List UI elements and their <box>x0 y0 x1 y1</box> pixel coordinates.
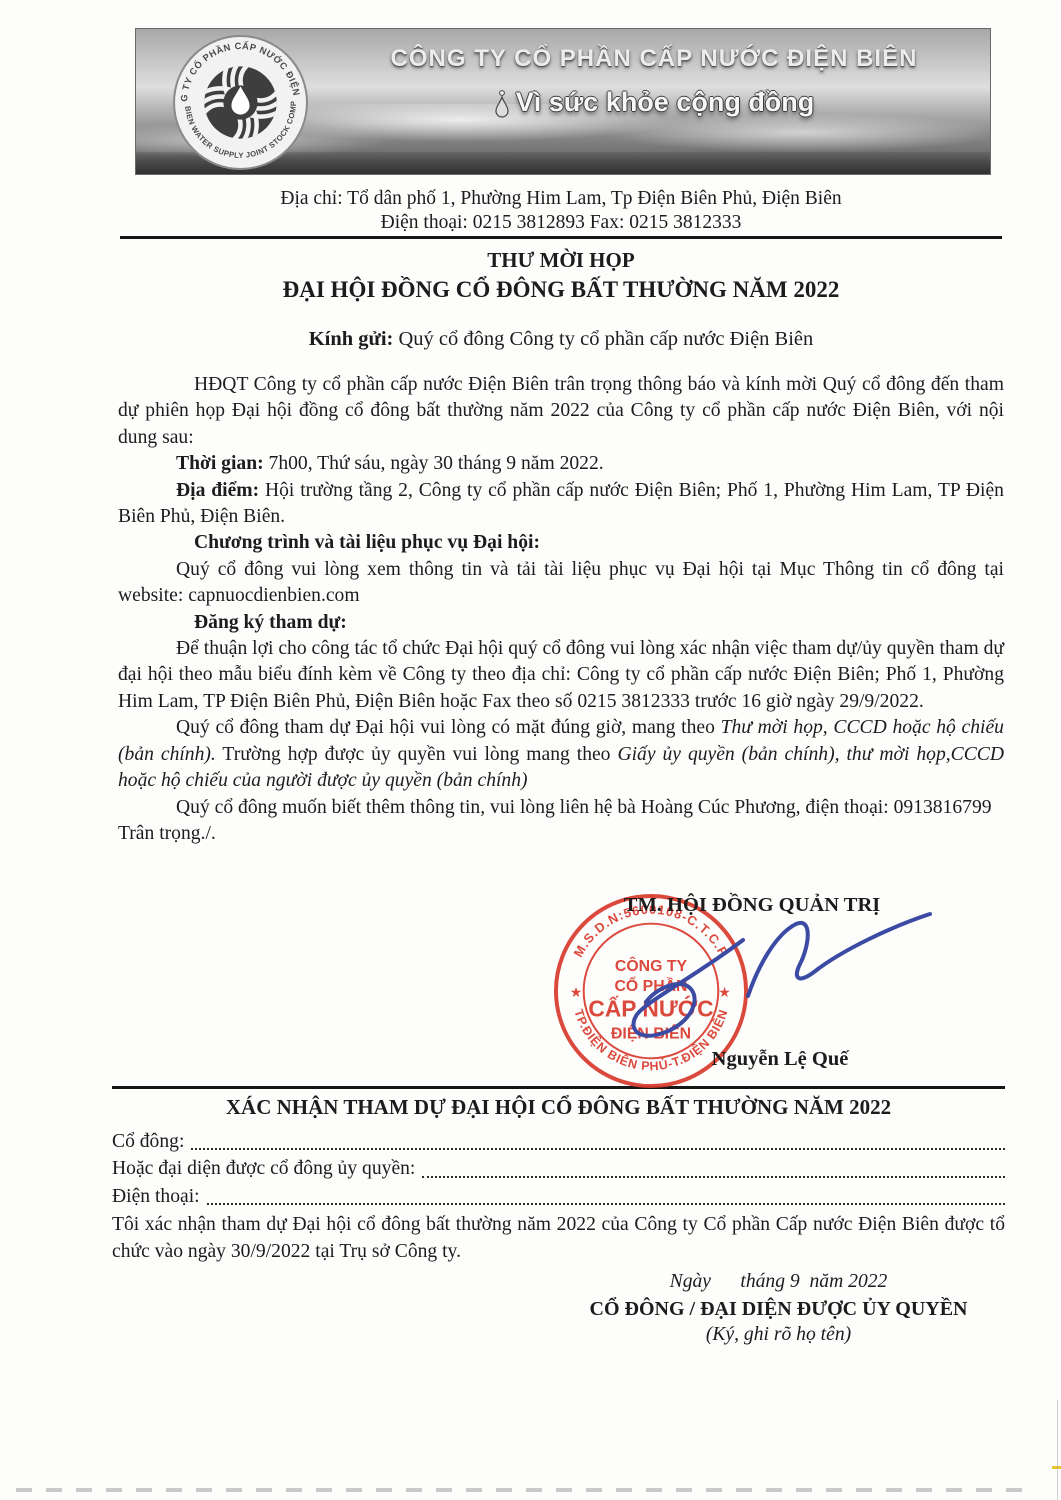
intro-paragraph: HĐQT Công ty cổ phần cấp nước Điện Biên … <box>118 372 1004 451</box>
program-paragraph: Quý cổ đông vui lòng xem thông tin và tả… <box>118 557 1004 610</box>
title-line2: ĐẠI HỘI ĐỒNG CỔ ĐÔNG BẤT THƯỜNG NĂM 2022 <box>120 274 1002 305</box>
proxy-field-line[interactable] <box>422 1176 1005 1178</box>
proxy-field-row: Hoặc đại diện được cổ đông ủy quyền: <box>112 1156 1005 1183</box>
shareholder-field-line[interactable] <box>191 1148 1005 1150</box>
banner-slogan: Vì sức khỏe cộng đồng <box>326 87 982 118</box>
time-text: 7h00, Thứ sáu, ngày 30 tháng 9 năm 2022. <box>264 453 604 474</box>
banner-company-name: CÔNG TY CỔ PHẦN CẤP NƯỚC ĐIỆN BIÊN <box>326 45 982 73</box>
register-label: Đăng ký tham dự: <box>194 612 347 633</box>
scan-artifact-edge <box>1057 1400 1058 1500</box>
program-label: Chương trình và tài liệu phục vụ Đại hội… <box>194 532 540 553</box>
signature-scribble <box>598 908 938 1058</box>
attendance-paragraph: Quý cổ đông tham dự Đại hội vui lòng có … <box>118 715 1004 794</box>
banner-slogan-text: Vì sức khỏe cộng đồng <box>516 87 815 117</box>
time-label: Thời gian: <box>176 453 264 474</box>
seal-star-left: ★ <box>570 984 582 1000</box>
slogan-drop-icon <box>494 90 510 118</box>
scan-artifact-bottom <box>16 1488 1036 1492</box>
time-line: Thời gian: 7h00, Thứ sáu, ngày 30 tháng … <box>118 451 1004 477</box>
shareholder-field-row: Cổ đông: <box>112 1129 1005 1156</box>
address-line: Địa chỉ: Tổ dân phố 1, Phường Him Lam, T… <box>120 187 1002 211</box>
company-banner: CÔNG TY CỔ PHẦN CẤP NƯỚC ĐIỆN BIÊN DIEN … <box>135 28 991 175</box>
signer-name: Nguyễn Lệ Quế <box>690 1048 870 1071</box>
company-logo: CÔNG TY CỔ PHẦN CẤP NƯỚC ĐIỆN BIÊN DIEN … <box>172 34 309 171</box>
register-paragraph: Để thuận lợi cho công tác tổ chức Đại hộ… <box>118 636 1004 715</box>
attend-text-1: Quý cổ đông tham dự Đại hội vui lòng có … <box>176 717 721 738</box>
salutation-text: Quý cổ đông Công ty cổ phần cấp nước Điệ… <box>393 328 813 350</box>
sign-block: Ngày tháng 9 năm 2022 CỔ ĐÔNG / ĐẠI DIỆN… <box>552 1269 1005 1349</box>
proxy-field-label: Hoặc đại diện được cổ đông ủy quyền: <box>112 1156 415 1183</box>
phone-fax-line: Điện thoại: 0215 3812893 Fax: 0215 38123… <box>120 211 1002 235</box>
confirmation-form: XÁC NHẬN THAM DỰ ĐẠI HỘI CỔ ĐÔNG BẤT THƯ… <box>112 1092 1005 1349</box>
phone-field-label: Điện thoại: <box>112 1184 200 1211</box>
attend-text-2: Trường hợp được ủy quyền vui lòng mang t… <box>216 744 618 765</box>
closing-line: Trân trọng./. <box>118 821 1004 847</box>
document-title: THƯ MỜI HỌP ĐẠI HỘI ĐỒNG CỔ ĐÔNG BẤT THƯ… <box>120 247 1002 305</box>
register-label-line: Đăng ký tham dự: <box>118 610 1004 636</box>
venue-line: Địa điểm: Hội trường tầng 2, Công ty cổ … <box>118 478 1004 531</box>
confirmation-statement: Tôi xác nhận tham dự Đại hội cổ đông bất… <box>112 1212 1005 1265</box>
scanned-letter-page: CÔNG TY CỔ PHẦN CẤP NƯỚC ĐIỆN BIÊN DIEN … <box>0 0 1061 1500</box>
header-divider <box>120 236 1002 239</box>
letterhead-contact: Địa chỉ: Tổ dân phố 1, Phường Him Lam, T… <box>120 187 1002 235</box>
venue-label: Địa điểm: <box>176 480 259 501</box>
signer-role: CỔ ĐÔNG / ĐẠI DIỆN ĐƯỢC ỦY QUYỀN <box>552 1296 1005 1323</box>
sign-note: (Ký, ghi rõ họ tên) <box>552 1322 1005 1349</box>
salutation-label: Kính gửi: <box>309 328 394 350</box>
phone-field-line[interactable] <box>207 1203 1005 1205</box>
shareholder-field-label: Cổ đông: <box>112 1129 184 1156</box>
program-label-line: Chương trình và tài liệu phục vụ Đại hội… <box>118 530 1004 556</box>
letter-body: HĐQT Công ty cổ phần cấp nước Điện Biên … <box>118 372 1004 847</box>
date-line: Ngày tháng 9 năm 2022 <box>552 1269 1005 1296</box>
confirmation-title: XÁC NHẬN THAM DỰ ĐẠI HỘI CỔ ĐÔNG BẤT THƯ… <box>112 1094 1005 1121</box>
salutation: Kính gửi: Quý cổ đông Công ty cổ phần cấ… <box>120 328 1002 351</box>
phone-field-row: Điện thoại: <box>112 1184 1005 1211</box>
title-line1: THƯ MỜI HỌP <box>120 247 1002 274</box>
contact-info-paragraph: Quý cổ đông muốn biết thêm thông tin, vu… <box>118 795 1004 821</box>
